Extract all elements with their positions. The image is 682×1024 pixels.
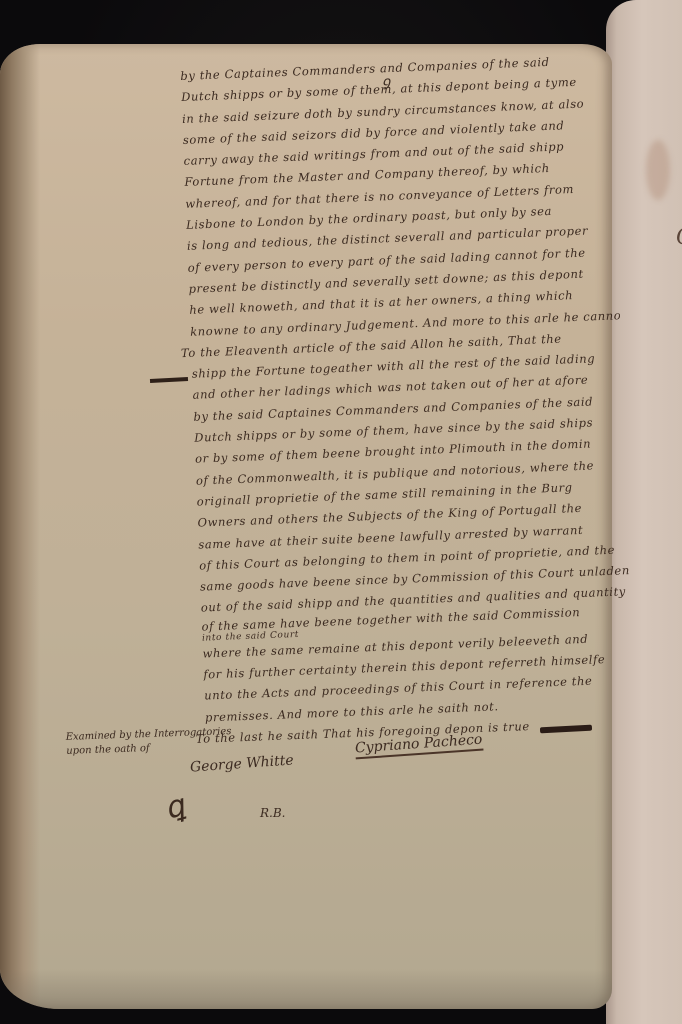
margin-note: Examined by the Interrogatories upon the…	[66, 725, 233, 759]
stain	[646, 140, 670, 200]
signature-initials: R.B.	[260, 806, 285, 820]
handwritten-text: by the Captaines Commanders and Companie…	[180, 49, 636, 749]
facing-page-ink-mark: C	[676, 225, 682, 250]
